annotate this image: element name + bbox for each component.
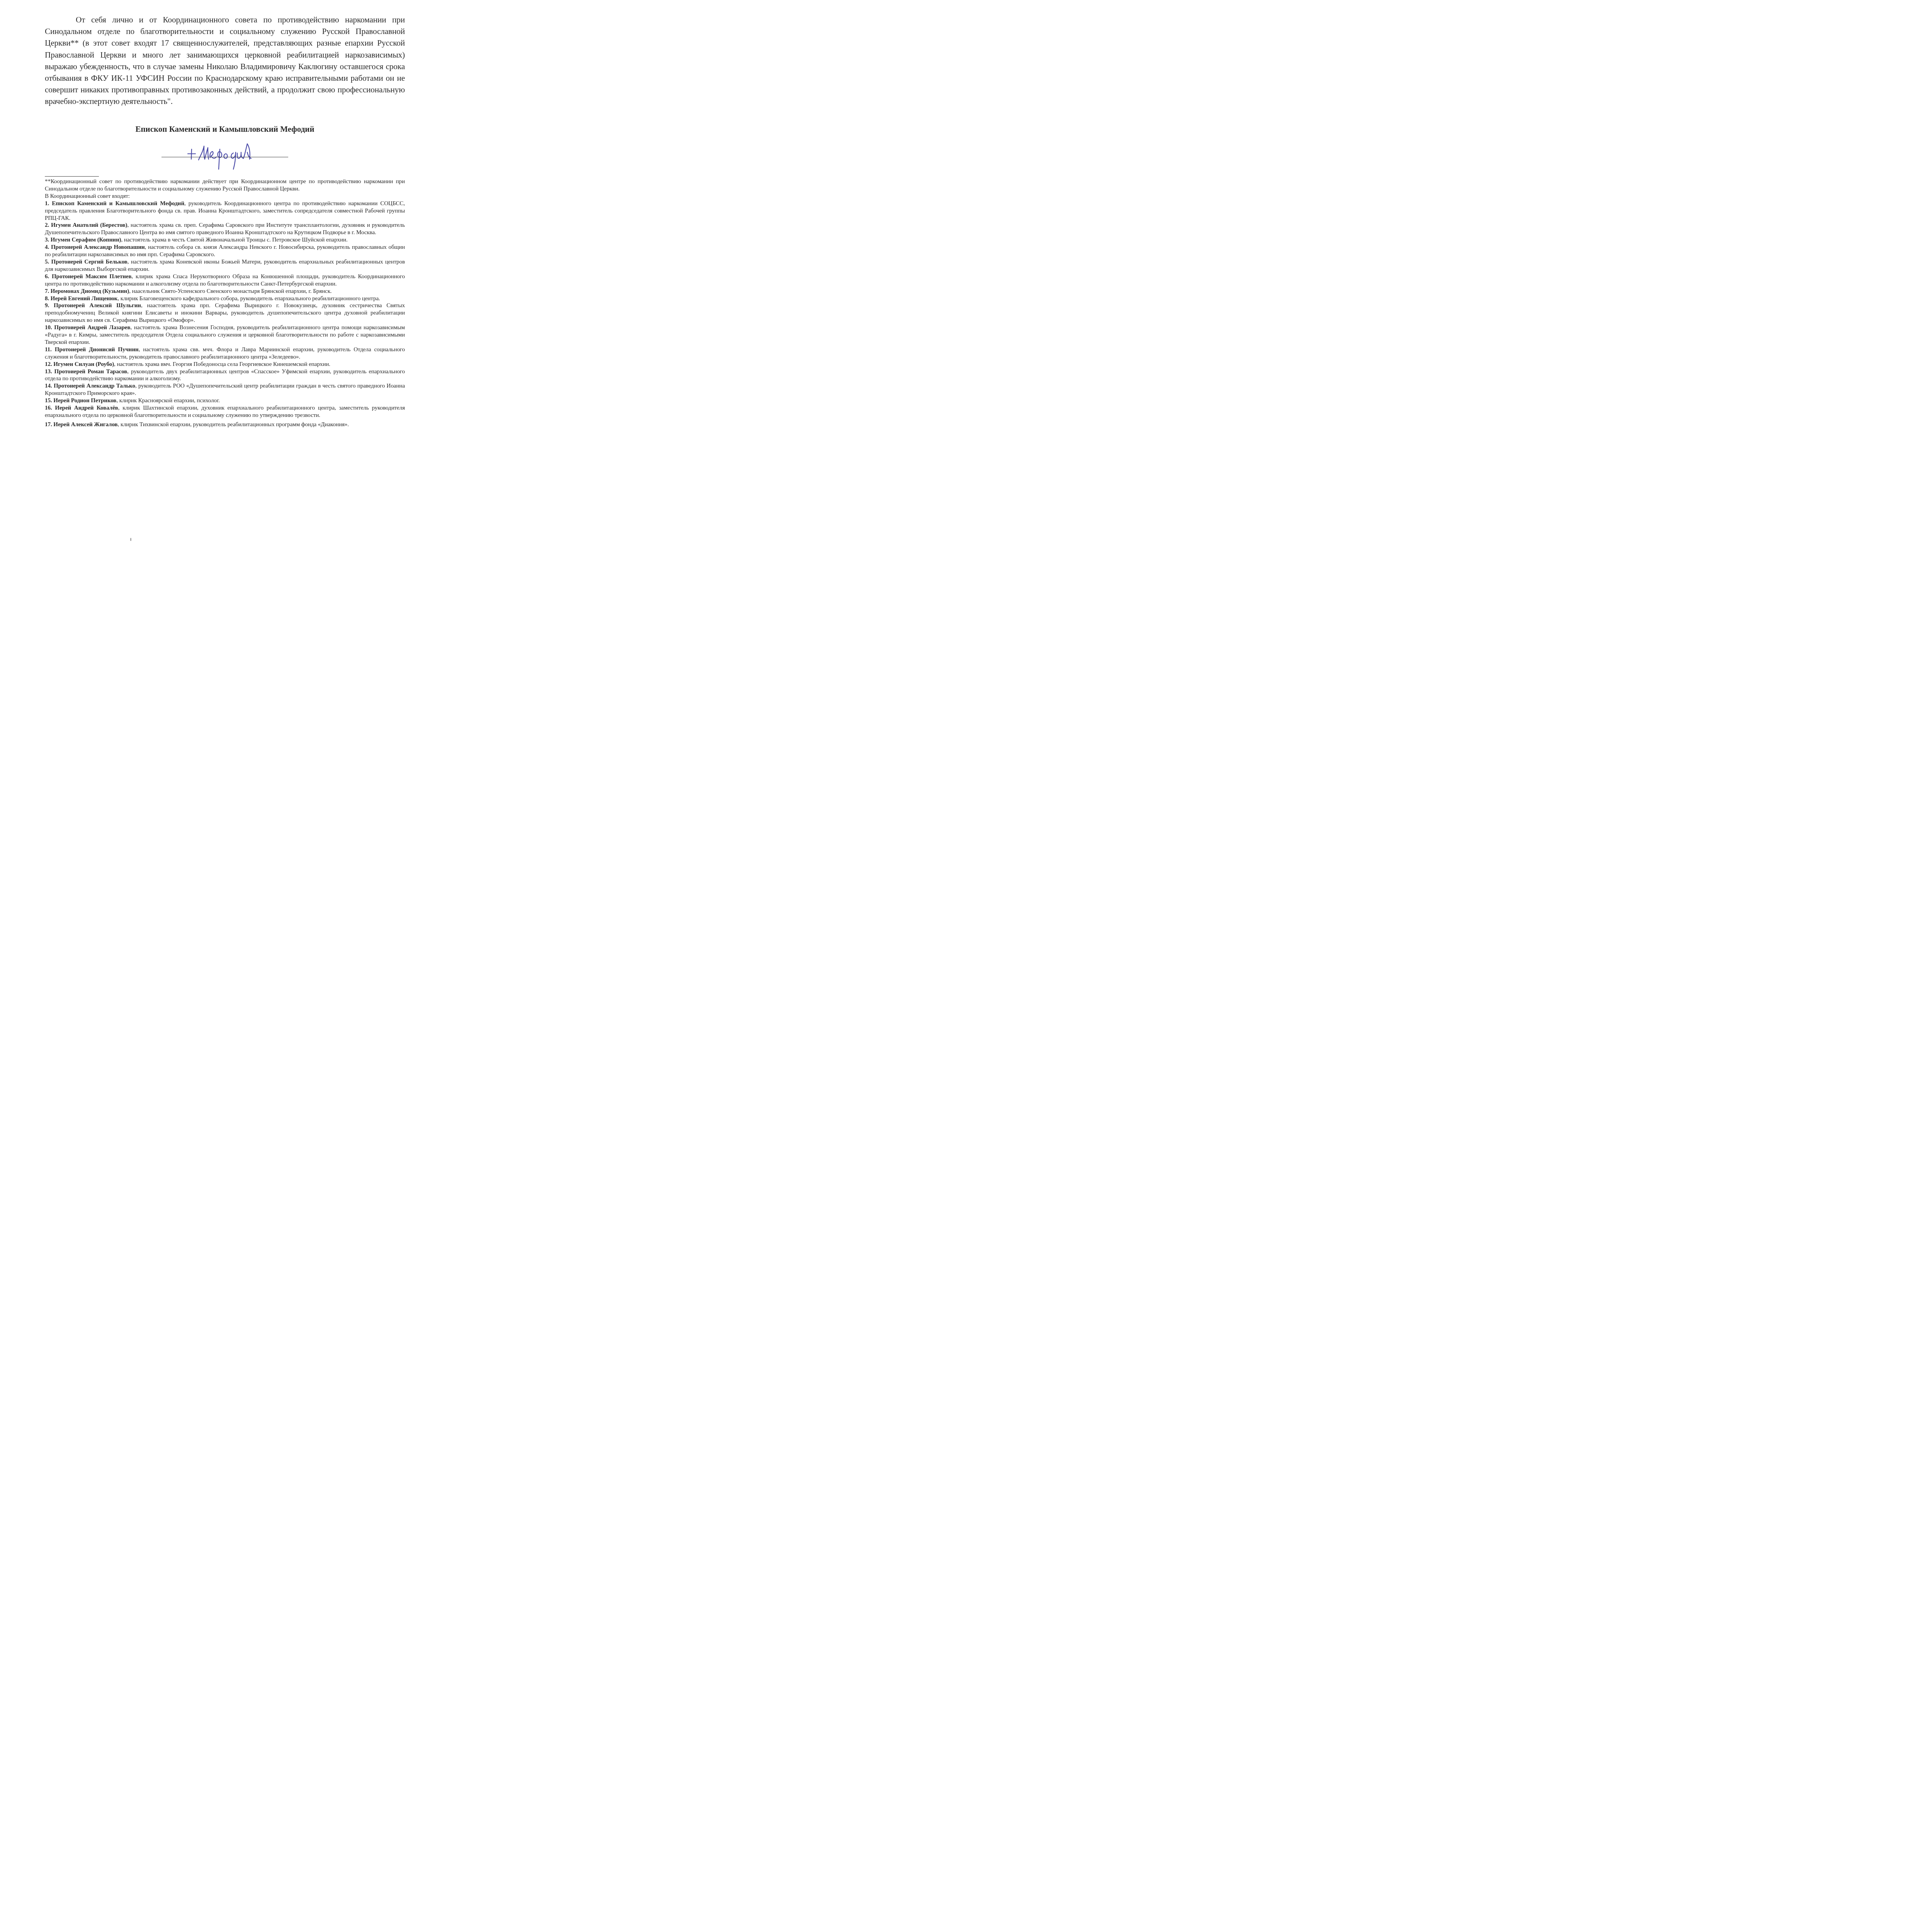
member-number: 5. — [45, 259, 49, 265]
member-number: 17. — [45, 422, 52, 428]
member-description: , наасельник Свято-Успенского Свенского … — [129, 288, 331, 294]
member-item: 1. Епископ Каменский и Камышловский Мефо… — [45, 200, 405, 222]
member-number: 9. — [45, 303, 49, 309]
member-name: Протоиерей Андрей Лазарев — [54, 325, 130, 331]
member-number: 7. — [45, 288, 49, 294]
member-number: 14. — [45, 383, 52, 389]
member-number: 16. — [45, 405, 52, 411]
member-item: 11. Протоиерей Дионисий Пучнин, настояте… — [45, 346, 405, 361]
member-item: 9. Протоиерей Алексий Шульгин, наастояте… — [45, 302, 405, 324]
footnote-intro: **Координационный совет по противодейств… — [45, 178, 405, 193]
member-item: 14. Протоиерей Александр Талько, руковод… — [45, 383, 405, 397]
footnote-section: **Координационный совет по противодейств… — [45, 178, 405, 429]
member-item: 4. Протоиерей Александр Новопашин, насто… — [45, 244, 405, 259]
member-item: 8. Иерей Евгений Лищенюк, клирик Благове… — [45, 295, 405, 303]
member-name: Епископ Каменский и Камышловский Мефодий — [52, 201, 184, 207]
member-number: 6. — [45, 274, 49, 280]
signature-line — [161, 157, 288, 157]
member-name: Протоиерей Александр Талько — [54, 383, 135, 389]
member-name: Протоиерей Александр Новопашин — [51, 244, 145, 250]
main-paragraph: От себя лично и от Координационного сове… — [45, 14, 405, 107]
member-number: 8. — [45, 296, 49, 302]
member-description: , клирик Благовещенского кафедрального с… — [117, 296, 380, 302]
member-name: Игумен Серафим (Копнин) — [51, 237, 121, 243]
member-name: Протоиерей Алексий Шульгин — [54, 303, 141, 309]
handwritten-signature — [185, 140, 263, 171]
footnote-separator — [45, 176, 99, 177]
member-name: Иерей Алексей Жигалов — [53, 422, 117, 428]
members-heading: В Координационный совет входят: — [45, 193, 405, 200]
member-item: 13. Протоиерей Роман Тарасов, руководите… — [45, 368, 405, 383]
member-item: 5. Протоиерей Сергий Бельков, настоятель… — [45, 259, 405, 273]
member-name: Игумен Силуан (Роубо) — [53, 361, 114, 367]
member-name: Протоиерей Роман Тарасов — [54, 369, 127, 375]
member-number: 11. — [45, 347, 52, 353]
member-number: 4. — [45, 244, 49, 250]
scan-speck — [130, 538, 131, 541]
member-name: Иерей Родион Петриков — [53, 398, 116, 404]
member-item: 10. Протоиерей Андрей Лазарев, настоятел… — [45, 324, 405, 346]
member-number: 13. — [45, 369, 52, 375]
member-number: 2. — [45, 222, 49, 228]
member-item: 7. Иеромонах Диомид (Кузьмин), наасельни… — [45, 288, 405, 295]
member-item: 17. Иерей Алексей Жигалов, клирик Тихвин… — [45, 421, 405, 429]
member-item: 15. Иерей Родион Петриков, клирик Красно… — [45, 397, 405, 405]
member-item: 12. Игумен Силуан (Роубо), настоятель хр… — [45, 361, 405, 368]
member-item: 3. Игумен Серафим (Копнин), настоятель х… — [45, 236, 405, 244]
member-number: 12. — [45, 361, 52, 367]
member-item: 2. Игумен Анатолий (Берестов), настоятел… — [45, 222, 405, 236]
member-number: 10. — [45, 325, 52, 331]
member-number: 15. — [45, 398, 52, 404]
member-name: Иерей Евгений Лищенюк — [51, 296, 118, 302]
member-number: 3. — [45, 237, 49, 243]
member-number: 1. — [45, 201, 49, 207]
member-name: Иерей Андрей Ковалёв — [55, 405, 118, 411]
member-description: , клирик Красноярской епархии, психолог. — [116, 398, 220, 404]
member-description: , настоятель храма в честь Святой Живона… — [121, 237, 347, 243]
signature-block — [161, 139, 289, 166]
member-name: Игумен Анатолий (Берестов) — [51, 222, 127, 228]
member-description: , клирик Тихвинской епархии, руководител… — [118, 422, 349, 428]
member-description: , настоятель храма вмч. Георгия Победоно… — [114, 361, 330, 367]
member-name: Иеромонах Диомид (Кузьмин) — [51, 288, 129, 294]
member-name: Протоиерей Сергий Бельков — [51, 259, 127, 265]
member-item: 6. Протоиерей Максим Плетнев, клирик хра… — [45, 273, 405, 288]
member-name: Протоиерей Максим Плетнев — [52, 274, 132, 280]
member-name: Протоиерей Дионисий Пучнин — [55, 347, 139, 353]
signer-title: Епископ Каменский и Камышловский Мефодий — [45, 124, 405, 134]
member-item: 16. Иерей Андрей Ковалёв, клирик Шахтинс… — [45, 405, 405, 419]
